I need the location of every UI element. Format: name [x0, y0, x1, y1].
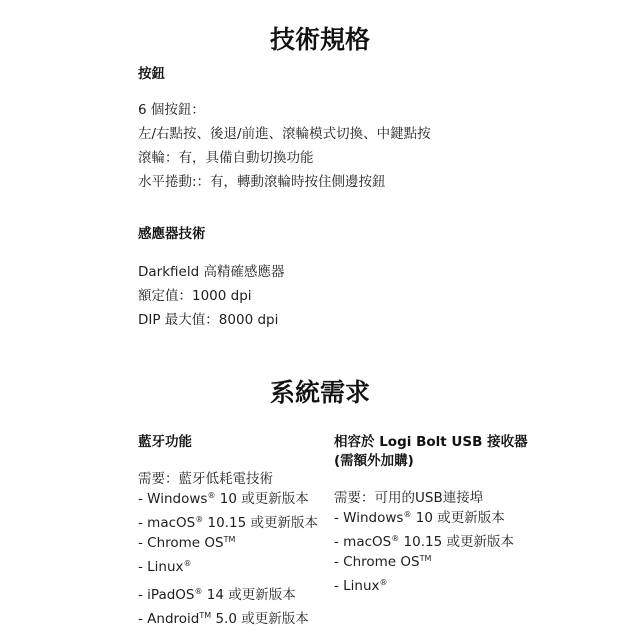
sensor-line: Darkfield 高精確感應器 — [138, 260, 284, 280]
bolt-requirement: 需要：可用的USB連接埠 — [334, 486, 483, 506]
bluetooth-heading: 藍牙功能 — [138, 430, 192, 450]
system-title: 系統需求 — [0, 373, 640, 409]
sensor-line: DIP 最大值：8000 dpi — [138, 308, 278, 328]
buttons-line: 左/右點按、後退/前進、滾輪模式切換、中鍵點按 — [138, 122, 431, 142]
os-item-macos: - macOS® 10.15 或更新版本 — [334, 530, 514, 550]
sensor-line: 額定值：1000 dpi — [138, 284, 252, 304]
os-item-android: - AndroidTM 5.0 或更新版本 — [138, 607, 309, 627]
os-item-ipados: - iPadOS® 14 或更新版本 — [138, 583, 296, 603]
buttons-line: 水平捲動:：有，轉動滾輪時按住側邊按鈕 — [138, 170, 386, 190]
buttons-line: 滾輪：有，具備自動切換功能 — [138, 146, 314, 166]
bluetooth-requirement: 需要：藍牙低耗電技術 — [138, 467, 273, 487]
os-item-chromeos: - Chrome OSTM — [138, 535, 235, 551]
os-item-macos: - macOS® 10.15 或更新版本 — [138, 511, 318, 531]
buttons-heading: 按鈕 — [138, 62, 165, 82]
bolt-heading-note: (需額外加購) — [334, 449, 414, 469]
specs-title: 技術規格 — [0, 20, 640, 56]
os-item-linux: - Linux® — [138, 559, 192, 575]
sensor-heading: 感應器技術 — [138, 222, 206, 242]
os-item-chromeos: - Chrome OSTM — [334, 554, 431, 570]
os-item-windows: - Windows® 10 或更新版本 — [334, 506, 505, 526]
bolt-heading: 相容於 Logi Bolt USB 接收器 — [334, 430, 528, 450]
buttons-line: 6 個按鈕： — [138, 98, 205, 118]
os-item-linux: - Linux® — [334, 578, 388, 594]
os-item-windows: - Windows® 10 或更新版本 — [138, 487, 309, 507]
